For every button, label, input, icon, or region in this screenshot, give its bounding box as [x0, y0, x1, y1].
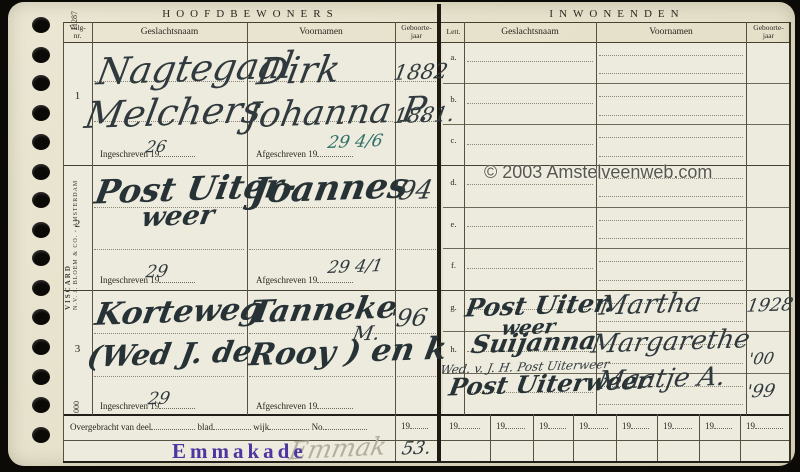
punch-hole [32, 369, 50, 385]
lodger-firstname-handwriting: Margarethe [589, 326, 752, 357]
watermark: © 2003 Amstelveenweb.com [484, 162, 712, 183]
rule [395, 22, 396, 461]
year-prefix: 19 [622, 421, 631, 431]
column-header-voornamen-right: Voornamen [596, 27, 746, 37]
writing-line [467, 103, 593, 104]
writing-line [599, 196, 743, 197]
punch-hole [32, 222, 50, 238]
house-number-handwriting: 53. [400, 440, 432, 459]
scanned-registration-card: 11287 VISCARD N.V. J. BLOEM & CO. - AMST… [0, 0, 800, 472]
year-prefix: 19 [579, 421, 588, 431]
writing-line [599, 280, 743, 281]
writing-line [94, 333, 244, 334]
writing-line [599, 115, 743, 116]
punch-hole [32, 164, 50, 180]
rule [63, 414, 791, 416]
no-label: No. [312, 422, 325, 432]
punch-hole [32, 105, 50, 121]
dotted-fill [458, 420, 480, 429]
letter-c: c. [443, 135, 464, 145]
writing-line [249, 376, 393, 377]
writing-line [599, 261, 743, 262]
afgeschreven-text: Afgeschreven 19 [256, 149, 317, 159]
rule [490, 414, 491, 461]
punch-hole [32, 134, 50, 150]
birthyear-handwriting: 1881. [392, 104, 456, 127]
maker-name: VISCARD [64, 160, 72, 310]
writing-line [94, 376, 244, 377]
writing-line [467, 184, 593, 185]
dotted-fill [755, 420, 783, 429]
blad-label: blad [198, 422, 214, 432]
afgeschreven-year-handwriting: 29 4/1 [326, 258, 384, 277]
rule [63, 22, 64, 461]
year-cell: 19 [746, 420, 783, 431]
column-header-lett: Lett. [443, 28, 464, 36]
surname-handwriting-line2: weer [139, 202, 216, 231]
writing-line [467, 61, 593, 62]
writing-line [599, 238, 743, 239]
right-table-paper [443, 42, 791, 415]
rule [740, 414, 741, 461]
punch-hole [32, 47, 50, 63]
rule [699, 414, 700, 461]
writing-line [467, 144, 593, 145]
maker-address: N.V. J. BLOEM & CO. - AMSTERDAM [73, 160, 79, 310]
rule [533, 414, 534, 461]
year-cell: 19 [663, 420, 692, 431]
firstname-handwriting: Joannes [248, 168, 411, 208]
rule [789, 22, 791, 461]
birthyear-handwriting: '94 [390, 177, 435, 204]
column-header-volgnr-line2: nr. [63, 32, 92, 40]
punch-hole [32, 192, 50, 208]
dotted-fill [714, 420, 732, 429]
dotted-fill [410, 420, 428, 429]
dotted-fill [325, 421, 367, 430]
lodger-birthyear-handwriting: '00 [747, 351, 775, 368]
afgeschreven-text: Afgeschreven 19 [256, 275, 317, 285]
writing-line [599, 73, 743, 74]
year-cell: 19 [539, 420, 566, 431]
punch-hole [32, 397, 50, 413]
overgebracht-label: Overgebracht van deel [70, 422, 151, 432]
year-prefix: 19 [496, 421, 505, 431]
rule [443, 248, 791, 249]
writing-line [397, 207, 436, 208]
writing-line [599, 137, 743, 138]
year-prefix: 19 [705, 421, 714, 431]
punch-hole [32, 17, 50, 33]
lodger-firstname-handwriting: Martha [597, 289, 703, 320]
rule [746, 22, 747, 415]
column-header-geboortejaar: Geboorte- jaar [395, 24, 438, 40]
year-prefix: 19 [663, 421, 672, 431]
afgeschreven-year-handwriting: 29 4/6 [326, 133, 384, 152]
rule [63, 42, 791, 43]
year-cell: 19 [705, 420, 732, 431]
writing-line [599, 404, 743, 405]
rule [573, 414, 574, 461]
firstname-handwriting: Dirk [254, 51, 343, 91]
punch-hole [32, 309, 50, 325]
writing-line [249, 249, 393, 250]
writing-line [397, 249, 436, 250]
dotted-fill [213, 421, 251, 430]
firstname-handwriting-line2: Rooy ) en k [247, 334, 450, 372]
dotted-fill [588, 420, 608, 429]
surname-handwriting: Korteweg [93, 294, 265, 331]
column-header-geslachtsnaam: Geslachtsnaam [92, 27, 247, 37]
writing-line [397, 376, 436, 377]
lodger-surname-handwriting: Suijanna [469, 328, 598, 357]
rule [443, 83, 791, 84]
surname-handwriting-line2: (Wed J. de [85, 337, 254, 372]
dotted-fill [505, 420, 525, 429]
rule [443, 124, 791, 125]
punch-hole [32, 280, 50, 296]
punch-hole [32, 75, 50, 91]
ingeschreven-year-handwriting: 26 [145, 139, 168, 156]
surname-handwriting: Melchers [82, 91, 265, 134]
writing-line [599, 96, 743, 97]
afgeschreven-label-row3: Afgeschreven 19 [256, 400, 353, 411]
lodger-birthyear-handwriting: '99 [745, 383, 776, 402]
row-number-2: 2 [63, 218, 92, 230]
column-header-voornamen: Voornamen [247, 27, 395, 37]
writing-line [599, 321, 743, 322]
letter-g: g. [443, 302, 464, 312]
transfer-row: Overgebracht van deel blad wijk No. [70, 421, 367, 432]
column-header-geboortejaar-line2: jaar [395, 32, 438, 40]
writing-line [599, 55, 743, 56]
dotted-fill [269, 421, 309, 430]
writing-line [467, 226, 593, 227]
letter-f: f. [443, 260, 464, 270]
section-title-hoofdbewoners: HOOFDBEWONERS [63, 8, 438, 20]
lodger-firstname-handwriting: Maatje A. [595, 364, 727, 394]
writing-line [599, 156, 743, 157]
wijk-label: wijk [253, 422, 269, 432]
year-cell: 19 [449, 420, 480, 431]
rule [464, 22, 465, 415]
year-cell: 19 [496, 420, 525, 431]
year-cell: 19 [401, 420, 428, 431]
section-title-inwonenden: INWONENDEN [443, 8, 791, 20]
birthyear-handwriting: 1882 [392, 61, 450, 84]
dotted-fill [151, 421, 195, 430]
dotted-fill [631, 420, 649, 429]
dotted-fill [548, 420, 566, 429]
letter-d: d. [443, 177, 464, 187]
punch-hole [32, 339, 50, 355]
afgeschreven-text: Afgeschreven 19 [256, 401, 317, 411]
year-prefix: 19 [449, 421, 458, 431]
writing-line [94, 249, 244, 250]
dotted-fill [317, 400, 353, 409]
year-prefix: 19 [401, 421, 410, 431]
rule [616, 414, 617, 461]
column-header-geboortejaar-right: Geboorte- jaar [746, 24, 791, 40]
lodger-birthyear-handwriting: 1928 [745, 296, 794, 316]
dotted-fill [672, 420, 692, 429]
year-cell: 19 [622, 420, 649, 431]
street-name-stamp: Emmakade [172, 441, 307, 462]
punch-hole [32, 427, 50, 443]
writing-line [599, 220, 743, 221]
rule [443, 207, 791, 208]
column-header-geslachtsnaam-right: Geslachtsnaam [464, 27, 596, 37]
column-header-volgnr: Volg- nr. [63, 24, 92, 40]
letter-e: e. [443, 219, 464, 229]
year-cell: 19 [579, 420, 608, 431]
year-prefix: 19 [746, 421, 755, 431]
ingeschreven-year-handwriting: 29 [144, 264, 169, 282]
year-prefix: 19 [539, 421, 548, 431]
birthyear-handwriting: '96 [388, 305, 430, 330]
maker-imprint: VISCARD N.V. J. BLOEM & CO. - AMSTERDAM [64, 160, 79, 310]
writing-line [467, 268, 593, 269]
punch-hole [32, 250, 50, 266]
column-header-geboortejaar-right-line2: jaar [746, 32, 791, 40]
rule [657, 414, 658, 461]
ingeschreven-year-handwriting: 29 [146, 391, 171, 409]
